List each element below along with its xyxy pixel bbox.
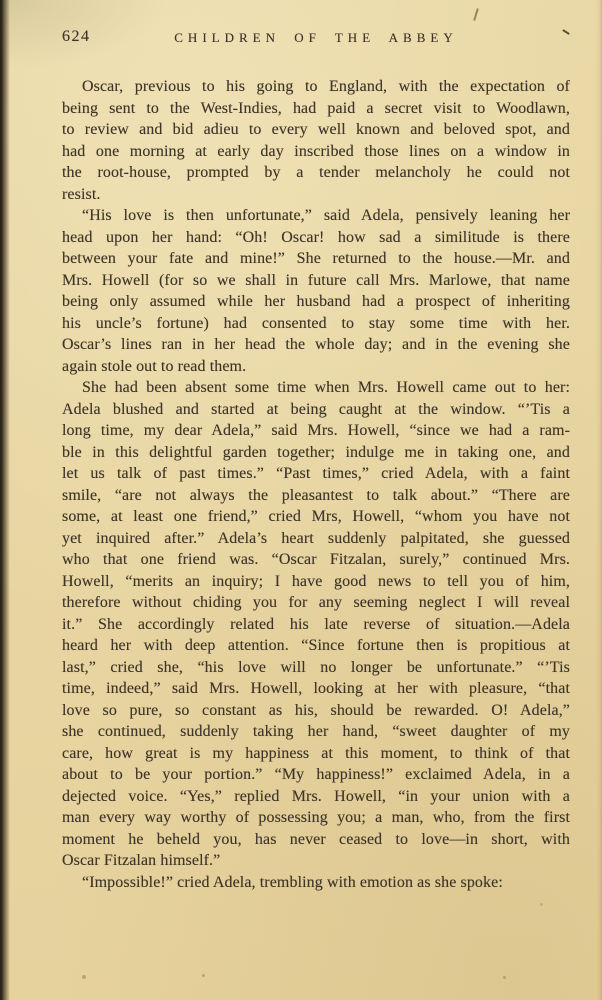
text-line: his uncle’s fortune) had consented to st… bbox=[62, 313, 570, 335]
scan-artifact-speck bbox=[82, 975, 86, 979]
text-line: care, how great is my happiness at this … bbox=[62, 743, 570, 765]
running-head: 624 CHILDREN OF THE ABBEY bbox=[62, 28, 570, 48]
text-line: “His love is then unfortunate,” said Ade… bbox=[62, 205, 570, 227]
text-line: some, at least one friend,” cried Mrs, H… bbox=[62, 506, 570, 528]
scan-artifact-speck bbox=[540, 903, 543, 906]
text-line: between your fate and mine!” She returne… bbox=[62, 248, 570, 270]
text-line: about to be your portion.” “My happiness… bbox=[62, 764, 570, 786]
text-line: Oscar, previous to his going to England,… bbox=[62, 76, 570, 98]
paragraph: “His love is then unfortunate,” said Ade… bbox=[62, 205, 570, 377]
paragraph: “Impossible!” cried Adela, trembling wit… bbox=[62, 872, 570, 894]
text-line: had one morning at early day inscribed t… bbox=[62, 141, 570, 163]
text-line: long time, my dear Adela,” said Mrs. How… bbox=[62, 420, 570, 442]
text-line: time, indeed,” said Mrs. Howell, looking… bbox=[62, 678, 570, 700]
text-line: therefore without chiding you for any se… bbox=[62, 592, 570, 614]
text-line: heard her with deep attention. “Since fo… bbox=[62, 635, 570, 657]
text-line: who that one friend was. “Oscar Fitzalan… bbox=[62, 549, 570, 571]
text-line: Howell, “merits an inquiry; I have good … bbox=[62, 571, 570, 593]
text-line: man every way worthy of possessing you; … bbox=[62, 807, 570, 829]
scan-left-edge-shadow bbox=[0, 0, 10, 1000]
paragraph: Oscar, previous to his going to England,… bbox=[62, 76, 570, 205]
text-line: the root-house, prompted by a tender mel… bbox=[62, 162, 570, 184]
text-line: being sent to the West-Indies, had paid … bbox=[62, 98, 570, 120]
book-page: 624 CHILDREN OF THE ABBEY Oscar, previou… bbox=[0, 0, 602, 1000]
text-line: head upon her hand: “Oh! Oscar! how sad … bbox=[62, 227, 570, 249]
text-line: again stole out to read them. bbox=[62, 356, 570, 378]
text-line: it.” She accordingly related his late re… bbox=[62, 614, 570, 636]
text-line: Oscar’s lines ran in her head the whole … bbox=[62, 334, 570, 356]
text-line: resist. bbox=[62, 184, 570, 206]
text-line: she continued, suddenly taking her hand,… bbox=[62, 721, 570, 743]
text-line: being only assumed while her husband had… bbox=[62, 291, 570, 313]
page-text: Oscar, previous to his going to England,… bbox=[62, 76, 570, 893]
text-line: ble in this delightful garden together; … bbox=[62, 442, 570, 464]
text-line: love so pure, so constant as his, should… bbox=[62, 700, 570, 722]
text-line: let us talk of past times.” “Past times,… bbox=[62, 463, 570, 485]
scan-artifact-speck bbox=[202, 974, 205, 977]
text-line: yet inquired after.” Adela’s heart sudde… bbox=[62, 528, 570, 550]
text-line: Oscar Fitzalan himself.” bbox=[62, 850, 570, 872]
page-number: 624 bbox=[62, 28, 91, 46]
running-title: CHILDREN OF THE ABBEY bbox=[62, 28, 570, 46]
text-line: “Impossible!” cried Adela, trembling wit… bbox=[62, 872, 570, 894]
scan-artifact-speck bbox=[503, 976, 506, 979]
text-line: last,” cried she, “his love will no long… bbox=[62, 657, 570, 679]
paragraph: She had been absent some time when Mrs. … bbox=[62, 377, 570, 872]
text-line: Adela blushed and started at being caugh… bbox=[62, 399, 570, 421]
text-line: moment he beheld you, has never ceased t… bbox=[62, 829, 570, 851]
text-line: to review and bid adieu to every well kn… bbox=[62, 119, 570, 141]
text-line: dejected voice. “Yes,” replied Mrs. Howe… bbox=[62, 786, 570, 808]
text-line: Mrs. Howell (for so we shall in future c… bbox=[62, 270, 570, 292]
text-line: smile, “are not always the pleasantest t… bbox=[62, 485, 570, 507]
text-line: She had been absent some time when Mrs. … bbox=[62, 377, 570, 399]
scan-right-edge-shadow bbox=[596, 0, 602, 1000]
scan-artifact-slash bbox=[473, 8, 478, 21]
